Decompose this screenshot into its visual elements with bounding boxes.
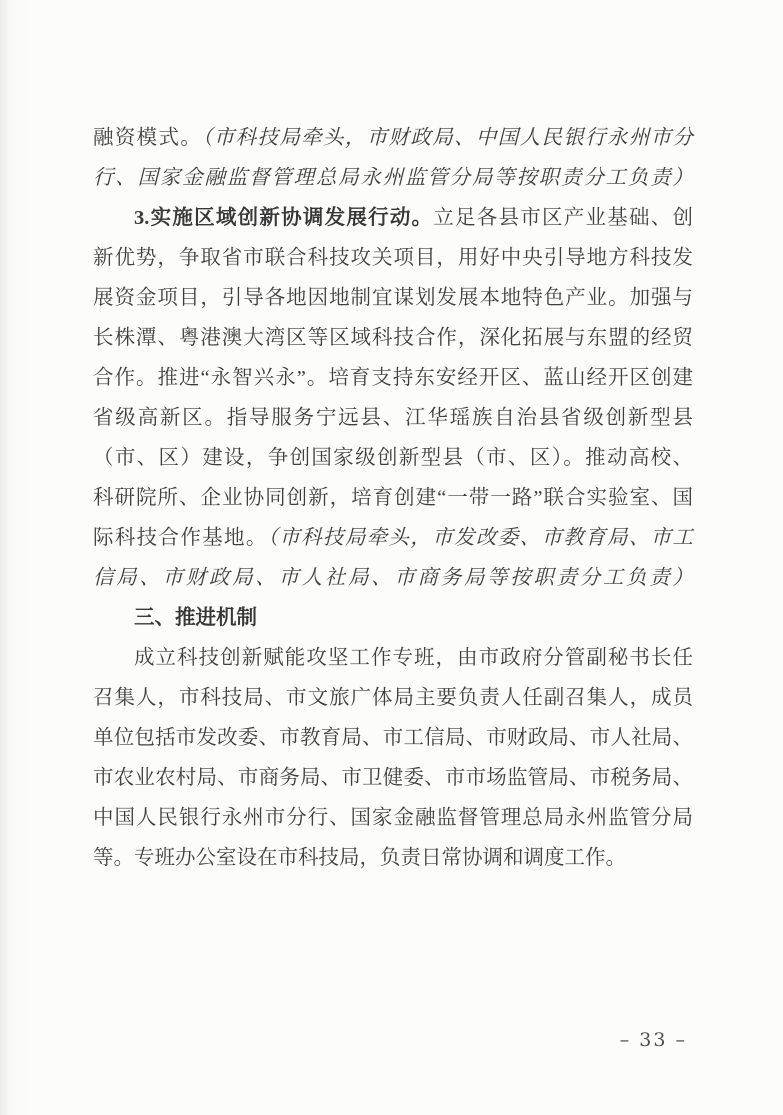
text-line: 召集人，市科技局、市文旅广体局主要负责人任副召集人，成员 bbox=[93, 678, 693, 718]
text-segment-body: 展资金项目，引导各地因地制宜谋划发展本地特色产业。加强与 bbox=[93, 287, 693, 309]
text-segment-bold: 三、推进机制 bbox=[134, 607, 257, 629]
text-line: 市农业农村局、市商务局、市卫健委、市市场监管局、市税务局、 bbox=[93, 758, 693, 798]
page-number: – 33 – bbox=[620, 1028, 687, 1052]
document-page: 融资模式。（市科技局牵头，市财政局、中国人民银行永州市分行、国家金融监督管理总局… bbox=[0, 0, 783, 1115]
document-body: 融资模式。（市科技局牵头，市财政局、中国人民银行永州市分行、国家金融监督管理总局… bbox=[93, 118, 693, 878]
text-segment-kai: 行、国家金融监督管理总局永州监管分局等按职责分工负责） bbox=[93, 167, 693, 189]
text-segment-body: 等。专班办公室设在市科技局，负责日常协调和调度工作。 bbox=[93, 847, 626, 869]
text-segment-body: （市、区）建设，争创国家级创新型县（市、区）。推动高校、 bbox=[93, 447, 693, 469]
text-line: 等。专班办公室设在市科技局，负责日常协调和调度工作。 bbox=[93, 838, 693, 878]
text-line: 三、推进机制 bbox=[93, 598, 693, 638]
text-line: 合作。推进“永智兴永”。培育支持东安经开区、蓝山经开区创建 bbox=[93, 358, 693, 398]
text-segment-body: 成立科技创新赋能攻坚工作专班，由市政府分管副秘书长任 bbox=[134, 647, 693, 669]
text-segment-body: 新优势，争取省市联合科技攻关项目，用好中央引导地方科技发 bbox=[93, 247, 693, 269]
text-segment-body: 合作。推进“永智兴永”。培育支持东安经开区、蓝山经开区创建 bbox=[93, 367, 693, 389]
text-line: 融资模式。（市科技局牵头，市财政局、中国人民银行永州市分 bbox=[93, 118, 693, 158]
text-segment-bold: 3.实施区域创新协调发展行动。 bbox=[134, 207, 433, 229]
text-segment-body: 长株潭、粤港澳大湾区等区域科技合作，深化拓展与东盟的经贸 bbox=[93, 327, 693, 349]
text-line: 际科技合作基地。（市科技局牵头，市发改委、市教育局、市工 bbox=[93, 518, 693, 558]
text-segment-body: 立足各县市区产业基础、创 bbox=[433, 207, 693, 229]
text-segment-body: 市农业农村局、市商务局、市卫健委、市市场监管局、市税务局、 bbox=[93, 767, 693, 789]
text-line: （市、区）建设，争创国家级创新型县（市、区）。推动高校、 bbox=[93, 438, 693, 478]
text-line: 省级高新区。指导服务宁远县、江华瑶族自治县省级创新型县 bbox=[93, 398, 693, 438]
text-line: 成立科技创新赋能攻坚工作专班，由市政府分管副秘书长任 bbox=[93, 638, 693, 678]
text-segment-body: 际科技合作基地。 bbox=[93, 527, 268, 549]
text-segment-kai: 信局、市财政局、市人社局、市商务局等按职责分工负责） bbox=[93, 567, 693, 589]
text-segment-body: 单位包括市发改委、市教育局、市工信局、市财政局、市人社局、 bbox=[93, 727, 693, 749]
text-line: 中国人民银行永州市分行、国家金融监督管理总局永州监管分局 bbox=[93, 798, 693, 838]
text-line: 3.实施区域创新协调发展行动。立足各县市区产业基础、创 bbox=[93, 198, 693, 238]
text-segment-body: 科研院所、企业协同创新，培育创建“一带一路”联合实验室、国 bbox=[93, 487, 693, 509]
text-segment-body: 中国人民银行永州市分行、国家金融监督管理总局永州监管分局 bbox=[93, 807, 693, 829]
text-line: 科研院所、企业协同创新，培育创建“一带一路”联合实验室、国 bbox=[93, 478, 693, 518]
text-segment-body: 省级高新区。指导服务宁远县、江华瑶族自治县省级创新型县 bbox=[93, 407, 693, 429]
text-segment-body: 召集人，市科技局、市文旅广体局主要负责人任副召集人，成员 bbox=[93, 687, 693, 709]
text-line: 信局、市财政局、市人社局、市商务局等按职责分工负责） bbox=[93, 558, 693, 598]
text-line: 单位包括市发改委、市教育局、市工信局、市财政局、市人社局、 bbox=[93, 718, 693, 758]
text-segment-kai: （市科技局牵头，市发改委、市教育局、市工 bbox=[268, 527, 693, 549]
text-segment-kai: （市科技局牵头，市财政局、中国人民银行永州市分 bbox=[202, 127, 693, 149]
text-line: 长株潭、粤港澳大湾区等区域科技合作，深化拓展与东盟的经贸 bbox=[93, 318, 693, 358]
text-line: 新优势，争取省市联合科技攻关项目，用好中央引导地方科技发 bbox=[93, 238, 693, 278]
text-segment-body: 融资模式。 bbox=[93, 127, 202, 149]
text-line: 行、国家金融监督管理总局永州监管分局等按职责分工负责） bbox=[93, 158, 693, 198]
text-line: 展资金项目，引导各地因地制宜谋划发展本地特色产业。加强与 bbox=[93, 278, 693, 318]
